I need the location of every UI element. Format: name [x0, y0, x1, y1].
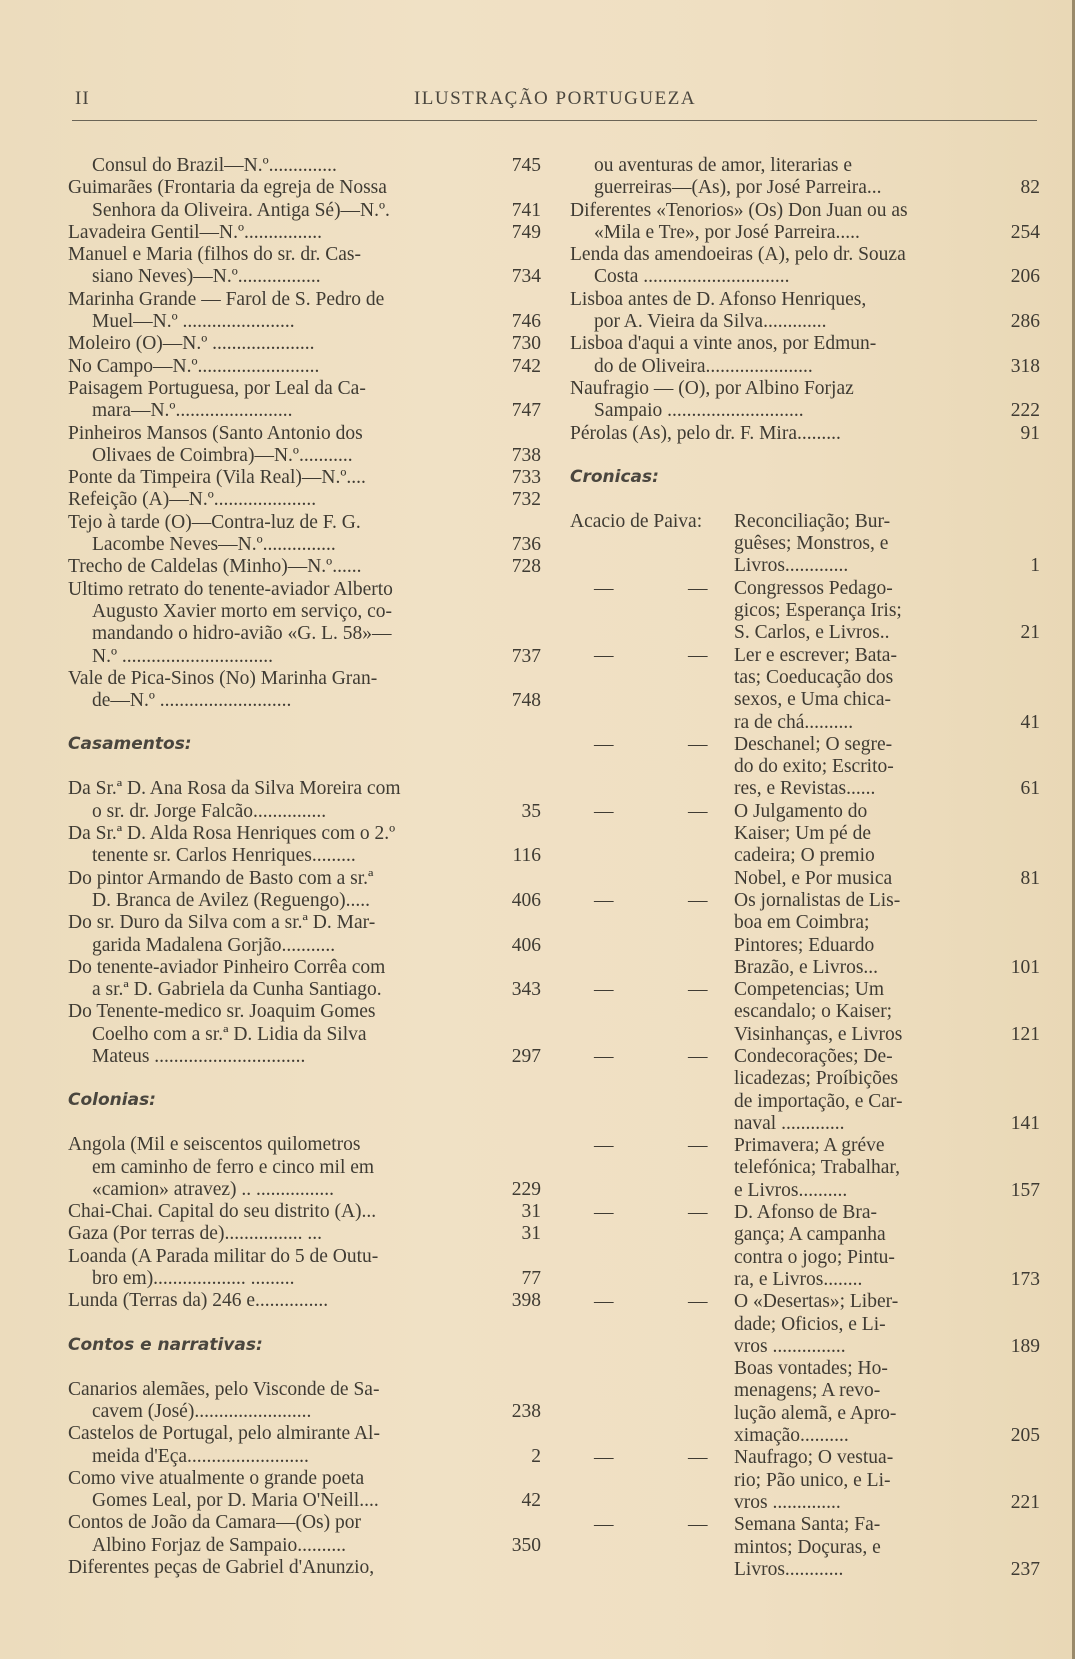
entry-title: No Campo—N.º......................... — [68, 356, 538, 378]
entry-page-number: 41 — [980, 712, 1040, 734]
entry-line: rio; Pão unico, e Li- — [734, 1470, 970, 1492]
entry-page-number: 343 — [481, 979, 541, 1001]
index-entry: Manuel e Maria (filhos do sr. dr. Cas-si… — [68, 244, 538, 289]
entry-line: por A. Vieira da Silva............. — [570, 311, 970, 333]
index-entry: Marinha Grande — Farol de S. Pedro deMue… — [68, 289, 538, 334]
entry-line: Do Tenente-medico sr. Joaquim Gomes — [68, 1001, 468, 1023]
entry-page-number: 737 — [481, 646, 541, 668]
entry-line: Lavadeira Gentil—N.º................ — [68, 222, 468, 244]
entry-line: de—N.º ........................... — [68, 690, 468, 712]
entry-page-number: 205 — [980, 1425, 1040, 1447]
entry-page-number: 736 — [481, 534, 541, 556]
entry-line: «Mila e Tre», por José Parreira..... — [570, 222, 970, 244]
entry-title: Moleiro (O)—N.º ..................... — [68, 333, 538, 355]
entry-page-number: 734 — [481, 266, 541, 288]
ditto-dash: — — [594, 1291, 614, 1313]
entry-title: Guimarães (Frontaria da egreja de NossaS… — [68, 177, 538, 222]
cronica-entry: ——Deschanel; O segre-do do exito; Escrit… — [570, 734, 1040, 801]
entry-page-number: 221 — [980, 1492, 1040, 1514]
entry-page-number: 173 — [980, 1269, 1040, 1291]
right-column: ou aventuras de amor, literarias eguerre… — [570, 155, 1040, 1581]
entry-line: Vale de Pica-Sinos (No) Marinha Gran- — [68, 668, 468, 690]
ditto-dash: — — [594, 801, 614, 823]
index-entry: Da Sr.ª D. Alda Rosa Henriques com o 2.º… — [68, 823, 538, 868]
entry-page-number: 238 — [481, 1401, 541, 1423]
entry-line: siano Neves)—N.º................. — [68, 266, 468, 288]
entry-page-number: 77 — [481, 1268, 541, 1290]
entry-line: Refeição (A)—N.º..................... — [68, 489, 468, 511]
entry-line: Gomes Leal, por D. Maria O'Neill.... — [68, 1490, 468, 1512]
index-entry: Contos de João da Camara—(Os) porAlbino … — [68, 1512, 538, 1557]
entry-line: mintos; Doçuras, e — [734, 1537, 970, 1559]
entry-line: Augusto Xavier morto em serviço, co- — [68, 601, 468, 623]
entry-line: Visinhanças, e Livros — [734, 1024, 970, 1046]
entry-title: Naufragio — (O), por Albino ForjazSampai… — [570, 378, 1040, 423]
entry-title: Paisagem Portuguesa, por Leal da Ca-mara… — [68, 378, 538, 423]
entry-title: Contos de João da Camara—(Os) porAlbino … — [68, 1512, 538, 1557]
entry-line: Castelos de Portugal, pelo almirante Al- — [68, 1423, 468, 1445]
entry-title: Ultimo retrato do tenente-aviador Albert… — [68, 579, 538, 668]
index-entry: Da Sr.ª D. Ana Rosa da Silva Moreira com… — [68, 778, 538, 823]
index-entry: Castelos de Portugal, pelo almirante Al-… — [68, 1423, 538, 1468]
index-entry: Ponte da Timpeira (Vila Real)—N.º....733 — [68, 467, 538, 489]
entry-line: ou aventuras de amor, literarias e — [570, 155, 970, 177]
index-entry: Guimarães (Frontaria da egreja de NossaS… — [68, 177, 538, 222]
entry-title: Trecho de Caldelas (Minho)—N.º...... — [68, 556, 538, 578]
entry-line: o sr. dr. Jorge Falcão............... — [68, 801, 468, 823]
entry-line: Livros............ — [734, 1559, 970, 1581]
index-entry: Lisboa antes de D. Afonso Henriques,por … — [570, 289, 1040, 334]
index-entry: Refeição (A)—N.º.....................732 — [68, 489, 538, 511]
entry-line: Senhora da Oliveira. Antiga Sé)—N.º. — [68, 200, 468, 222]
ditto-dash: — — [688, 1291, 708, 1313]
entry-line: Lisboa antes de D. Afonso Henriques, — [570, 289, 970, 311]
entry-line: Costa .............................. — [570, 266, 970, 288]
entry-line: Muel—N.º ....................... — [68, 311, 468, 333]
entry-page-number: 297 — [481, 1046, 541, 1068]
entry-line: O «Desertas»; Liber- — [734, 1291, 970, 1313]
entry-page-number: 398 — [481, 1290, 541, 1312]
entry-title: Do Tenente-medico sr. Joaquim GomesCoelh… — [68, 1001, 538, 1068]
entry-title: Do pintor Armando de Basto com a sr.ªD. … — [68, 868, 538, 913]
entry-page-number: 318 — [980, 356, 1040, 378]
entry-title: Lavadeira Gentil—N.º................ — [68, 222, 538, 244]
cronica-entry: Boas vontades; Ho-menagens; A revo-lução… — [570, 1358, 1040, 1447]
entry-page-number: 189 — [980, 1336, 1040, 1358]
entry-title: Refeição (A)—N.º..................... — [68, 489, 538, 511]
entry-line: do de Oliveira...................... — [570, 356, 970, 378]
entry-line: Os jornalistas de Lis- — [734, 890, 970, 912]
entry-title: Lisboa antes de D. Afonso Henriques,por … — [570, 289, 1040, 334]
entry-line: dade; Oficios, e Li- — [734, 1314, 970, 1336]
entry-title: Canarios alemães, pelo Visconde de Sa-ca… — [68, 1379, 538, 1424]
entry-line: Loanda (A Parada militar do 5 de Outu- — [68, 1246, 468, 1268]
entry-page-number: 738 — [481, 445, 541, 467]
entry-line: Deschanel; O segre- — [734, 734, 970, 756]
index-entry: Tejo à tarde (O)—Contra-luz de F. G.Laco… — [68, 512, 538, 557]
entry-title: Manuel e Maria (filhos do sr. dr. Cas-si… — [68, 244, 538, 289]
entry-line: Albino Forjaz de Sampaio.......... — [68, 1535, 468, 1557]
entry-line: sexos, e Uma chica- — [734, 689, 970, 711]
entry-line: em caminho de ferro e cinco mil em — [68, 1157, 468, 1179]
entry-line: Diferentes peças de Gabriel d'Anunzio, — [68, 1557, 468, 1579]
entry-title: Chai-Chai. Capital do seu distrito (A)..… — [68, 1201, 538, 1223]
ditto-dash: — — [594, 979, 614, 1001]
cronica-author: Acacio de Paiva: — [570, 511, 730, 533]
entry-line: Lenda das amendoeiras (A), pelo dr. Souz… — [570, 244, 970, 266]
entry-title: Gaza (Por terras de)................ ... — [68, 1223, 538, 1245]
ditto-dash: — — [688, 645, 708, 667]
entry-line: Da Sr.ª D. Alda Rosa Henriques com o 2.º — [68, 823, 468, 845]
entry-title: Loanda (A Parada militar do 5 de Outu-br… — [68, 1246, 538, 1291]
entry-title: Da Sr.ª D. Ana Rosa da Silva Moreira com… — [68, 778, 538, 823]
entry-line: a sr.ª D. Gabriela da Cunha Santiago. — [68, 979, 468, 1001]
entry-line: Angola (Mil e seiscentos quilometros — [68, 1134, 468, 1156]
entry-page-number: 42 — [481, 1490, 541, 1512]
entry-page-number: 741 — [481, 200, 541, 222]
entry-title: Do sr. Duro da Silva com a sr.ª D. Mar-g… — [68, 912, 538, 957]
ditto-dash: — — [594, 1447, 614, 1469]
ditto-dash: — — [688, 890, 708, 912]
entry-line: Guimarães (Frontaria da egreja de Nossa — [68, 177, 468, 199]
index-entry: ou aventuras de amor, literarias eguerre… — [570, 155, 1040, 200]
entry-title: Consul do Brazil—N.º.............. — [68, 155, 538, 177]
ditto-dash: — — [688, 1447, 708, 1469]
entry-line: cavem (José)........................ — [68, 1401, 468, 1423]
entry-title: Ponte da Timpeira (Vila Real)—N.º.... — [68, 467, 538, 489]
cronica-entry: ——Ler e escrever; Bata-tas; Coeducação d… — [570, 645, 1040, 734]
entry-line: No Campo—N.º......................... — [68, 356, 468, 378]
section-heading: Cronicas: — [570, 467, 1040, 487]
entry-line: gança; A campanha — [734, 1224, 970, 1246]
entry-line: garida Madalena Gorjão........... — [68, 935, 468, 957]
entry-line: de importação, e Car- — [734, 1091, 970, 1113]
index-entry: Consul do Brazil—N.º..............745 — [68, 155, 538, 177]
publication-title: ILUSTRAÇÃO PORTUGUEZA — [75, 88, 1035, 110]
entry-line: Lunda (Terras da) 246 e............... — [68, 1290, 468, 1312]
header-rule — [72, 120, 1037, 121]
cronica-entry: ——Semana Santa; Fa-mintos; Doçuras, eLiv… — [570, 1514, 1040, 1581]
entry-line: Chai-Chai. Capital do seu distrito (A)..… — [68, 1201, 468, 1223]
entry-line: Da Sr.ª D. Ana Rosa da Silva Moreira com — [68, 778, 468, 800]
cronica-entry: ——Condecorações; De-licadezas; Proíbiçõe… — [570, 1046, 1040, 1135]
entry-title: Angola (Mil e seiscentos quilometrosem c… — [68, 1134, 538, 1201]
entry-line: tenente sr. Carlos Henriques......... — [68, 845, 468, 867]
index-entry: Lisboa d'aqui a vinte anos, por Edmun-do… — [570, 333, 1040, 378]
cronica-entry: ——Competencias; Umescandalo; o Kaiser;Vi… — [570, 979, 1040, 1046]
index-entry: Pérolas (As), pelo dr. F. Mira.........9… — [570, 423, 1040, 445]
entry-page-number: 286 — [980, 311, 1040, 333]
entry-line: Primavera; A gréve — [734, 1135, 970, 1157]
entry-line: «camion» atravez) .. ................ — [68, 1179, 468, 1201]
entry-title: Pinheiros Mansos (Santo Antonio dosOliva… — [68, 423, 538, 468]
entry-line: Canarios alemães, pelo Visconde de Sa- — [68, 1379, 468, 1401]
index-entry: Do pintor Armando de Basto com a sr.ªD. … — [68, 868, 538, 913]
entry-title: ou aventuras de amor, literarias eguerre… — [570, 155, 1040, 200]
ditto-dash: — — [594, 1046, 614, 1068]
entry-page-number: 350 — [481, 1535, 541, 1557]
entry-line: D. Branca de Avilez (Reguengo)..... — [68, 890, 468, 912]
entry-page-number: 121 — [980, 1024, 1040, 1046]
index-entry: Lenda das amendoeiras (A), pelo dr. Souz… — [570, 244, 1040, 289]
entry-line: Pintores; Eduardo — [734, 935, 970, 957]
ditto-dash: — — [688, 979, 708, 1001]
entry-page-number: 742 — [481, 356, 541, 378]
cronica-entry: ——Naufrago; O vestua-rio; Pão unico, e L… — [570, 1447, 1040, 1514]
entry-line: vros .............. — [734, 1492, 970, 1514]
entry-line: Ler e escrever; Bata- — [734, 645, 970, 667]
index-entry: Diferentes peças de Gabriel d'Anunzio, — [68, 1557, 538, 1579]
entry-line: Manuel e Maria (filhos do sr. dr. Cas- — [68, 244, 468, 266]
index-entry: No Campo—N.º.........................742 — [68, 356, 538, 378]
entry-line: Nobel, e Por musica — [734, 868, 970, 890]
ditto-dash: — — [688, 1202, 708, 1224]
entry-line: Naufrago; O vestua- — [734, 1447, 970, 1469]
entry-line: D. Afonso de Bra- — [734, 1202, 970, 1224]
index-entry: Lavadeira Gentil—N.º................749 — [68, 222, 538, 244]
entry-page-number: 745 — [481, 155, 541, 177]
index-entry: Moleiro (O)—N.º .....................730 — [68, 333, 538, 355]
entry-line: guerreiras—(As), por José Parreira... — [570, 177, 970, 199]
entry-line: menagens; A revo- — [734, 1380, 970, 1402]
entry-line: Consul do Brazil—N.º.............. — [68, 155, 468, 177]
left-column: Consul do Brazil—N.º..............745Gui… — [68, 155, 538, 1579]
entry-line: e Livros.......... — [734, 1180, 970, 1202]
cronica-entry: ——O Julgamento doKaiser; Um pé decadeira… — [570, 801, 1040, 890]
entry-page-number: 747 — [481, 400, 541, 422]
entry-page-number: 101 — [980, 957, 1040, 979]
entry-line: Reconciliação; Bur- — [734, 511, 970, 533]
entry-line: telefónica; Trabalhar, — [734, 1157, 970, 1179]
entry-title: Do tenente-aviador Pinheiro Corrêa coma … — [68, 957, 538, 1002]
entry-line: Paisagem Portuguesa, por Leal da Ca- — [68, 378, 468, 400]
entry-line: escandalo; o Kaiser; — [734, 1001, 970, 1023]
entry-line: tas; Coeducação dos — [734, 667, 970, 689]
entry-line: Brazão, e Livros... — [734, 957, 970, 979]
entry-title: Tejo à tarde (O)—Contra-luz de F. G.Laco… — [68, 512, 538, 557]
index-entry: Diferentes «Tenorios» (Os) Don Juan ou a… — [570, 200, 1040, 245]
entry-line: res, e Revistas...... — [734, 778, 970, 800]
entry-line: Coelho com a sr.ª D. Lidia da Silva — [68, 1024, 468, 1046]
entry-title: Marinha Grande — Farol de S. Pedro deMue… — [68, 289, 538, 334]
entry-line: Livros............. — [734, 555, 970, 577]
entry-line: Contos de João da Camara—(Os) por — [68, 1512, 468, 1534]
entry-line: Lisboa d'aqui a vinte anos, por Edmun- — [570, 333, 970, 355]
ditto-dash: — — [594, 1514, 614, 1536]
entry-page-number: 1 — [980, 555, 1040, 577]
entry-line: Do pintor Armando de Basto com a sr.ª — [68, 868, 468, 890]
entry-page-number: 746 — [481, 311, 541, 333]
entry-page-number: 206 — [980, 266, 1040, 288]
entry-line: ra, e Livros........ — [734, 1269, 970, 1291]
entry-line: Mateus ............................... — [68, 1046, 468, 1068]
index-entry: Loanda (A Parada militar do 5 de Outu-br… — [68, 1246, 538, 1291]
index-entry: Lunda (Terras da) 246 e...............39… — [68, 1290, 538, 1312]
entry-page-number: 254 — [980, 222, 1040, 244]
entry-page-number: 237 — [980, 1559, 1040, 1581]
ditto-dash: — — [688, 801, 708, 823]
entry-title: Diferentes «Tenorios» (Os) Don Juan ou a… — [570, 200, 1040, 245]
entry-line: boa em Coimbra; — [734, 912, 970, 934]
entry-line: Olivaes de Coimbra)—N.º........... — [68, 445, 468, 467]
entry-title: Pérolas (As), pelo dr. F. Mira......... — [570, 423, 1040, 445]
ditto-dash: — — [594, 1135, 614, 1157]
entry-line: Lacombe Neves—N.º............... — [68, 534, 468, 556]
entry-page-number: 406 — [481, 890, 541, 912]
entry-line: do do exito; Escrito- — [734, 756, 970, 778]
entry-line: Ponte da Timpeira (Vila Real)—N.º.... — [68, 467, 468, 489]
entry-line: naval ............. — [734, 1113, 970, 1135]
entry-line: ra de chá.......... — [734, 712, 970, 734]
entry-page-number: 749 — [481, 222, 541, 244]
entry-line: Kaiser; Um pé de — [734, 823, 970, 845]
index-entry: Naufragio — (O), por Albino ForjazSampai… — [570, 378, 1040, 423]
ditto-dash: — — [594, 734, 614, 756]
entry-page-number: 21 — [980, 622, 1040, 644]
entry-line: Como vive atualmente o grande poeta — [68, 1468, 468, 1490]
ditto-dash: — — [688, 1046, 708, 1068]
entry-page-number: 728 — [481, 556, 541, 578]
section-heading: Casamentos: — [68, 734, 538, 754]
entry-line: Diferentes «Tenorios» (Os) Don Juan ou a… — [570, 200, 970, 222]
entry-page-number: 748 — [481, 690, 541, 712]
entry-title: Lisboa d'aqui a vinte anos, por Edmun-do… — [570, 333, 1040, 378]
cronica-entry: ——Congressos Pedago-gicos; Esperança Iri… — [570, 578, 1040, 645]
cronica-entry: ——O «Desertas»; Liber-dade; Oficios, e L… — [570, 1291, 1040, 1358]
entry-title: Como vive atualmente o grande poetaGomes… — [68, 1468, 538, 1513]
entry-line: guêses; Monstros, e — [734, 533, 970, 555]
index-entry: Ultimo retrato do tenente-aviador Albert… — [68, 579, 538, 668]
entry-title: Diferentes peças de Gabriel d'Anunzio, — [68, 1557, 538, 1579]
entry-page-number: 229 — [481, 1179, 541, 1201]
entry-line: gicos; Esperança Iris; — [734, 600, 970, 622]
entry-page-number: 406 — [481, 935, 541, 957]
entry-page-number: 2 — [481, 1446, 541, 1468]
section-heading: Colonias: — [68, 1090, 538, 1110]
entry-page-number: 732 — [481, 489, 541, 511]
entry-line: Condecorações; De- — [734, 1046, 970, 1068]
entry-line: Semana Santa; Fa- — [734, 1514, 970, 1536]
ditto-dash: — — [688, 1135, 708, 1157]
index-entry: Gaza (Por terras de)................ ...… — [68, 1223, 538, 1245]
entry-line: Moleiro (O)—N.º ..................... — [68, 333, 468, 355]
entry-line: mara—N.º........................ — [68, 400, 468, 422]
entry-line: cadeira; O premio — [734, 845, 970, 867]
entry-page-number: 61 — [980, 778, 1040, 800]
entry-page-number: 222 — [980, 400, 1040, 422]
entry-line: Naufragio — (O), por Albino Forjaz — [570, 378, 970, 400]
entry-line: Gaza (Por terras de)................ ... — [68, 1223, 468, 1245]
entry-line: Tejo à tarde (O)—Contra-luz de F. G. — [68, 512, 468, 534]
entry-line: Trecho de Caldelas (Minho)—N.º...... — [68, 556, 468, 578]
index-entry: Do tenente-aviador Pinheiro Corrêa coma … — [68, 957, 538, 1002]
entry-line: Boas vontades; Ho- — [734, 1358, 970, 1380]
entry-line: N.º ............................... — [68, 646, 468, 668]
entry-line: Do tenente-aviador Pinheiro Corrêa com — [68, 957, 468, 979]
entry-title: Vale de Pica-Sinos (No) Marinha Gran-de—… — [68, 668, 538, 713]
entry-page-number: 82 — [980, 177, 1040, 199]
cronica-entry: ——Os jornalistas de Lis-boa em Coimbra;P… — [570, 890, 1040, 979]
entry-line: Congressos Pedago- — [734, 578, 970, 600]
index-entry: Pinheiros Mansos (Santo Antonio dosOliva… — [68, 423, 538, 468]
ditto-dash: — — [594, 890, 614, 912]
entry-line: mandando o hidro-avião «G. L. 58»— — [68, 623, 468, 645]
ditto-dash: — — [688, 1514, 708, 1536]
index-entry: Vale de Pica-Sinos (No) Marinha Gran-de—… — [68, 668, 538, 713]
entry-line: Marinha Grande — Farol de S. Pedro de — [68, 289, 468, 311]
cronica-entry: ——D. Afonso de Bra-gança; A campanhacont… — [570, 1202, 1040, 1291]
entry-page-number: 31 — [481, 1223, 541, 1245]
entry-title: Da Sr.ª D. Alda Rosa Henriques com o 2.º… — [68, 823, 538, 868]
entry-page-number: 733 — [481, 467, 541, 489]
index-entry: Como vive atualmente o grande poetaGomes… — [68, 1468, 538, 1513]
index-entry: Angola (Mil e seiscentos quilometrosem c… — [68, 1134, 538, 1201]
entry-line: O Julgamento do — [734, 801, 970, 823]
ditto-dash: — — [688, 734, 708, 756]
entry-line: licadezas; Proíbições — [734, 1068, 970, 1090]
entry-line: Ultimo retrato do tenente-aviador Albert… — [68, 579, 468, 601]
entry-line: meida d'Eça......................... — [68, 1446, 468, 1468]
ditto-dash: — — [594, 578, 614, 600]
ditto-dash: — — [594, 1202, 614, 1224]
entry-line: Competencias; Um — [734, 979, 970, 1001]
index-entry: Trecho de Caldelas (Minho)—N.º......728 — [68, 556, 538, 578]
entry-line: vros ............... — [734, 1336, 970, 1358]
index-entry: Chai-Chai. Capital do seu distrito (A)..… — [68, 1201, 538, 1223]
entry-line: ximação.......... — [734, 1425, 970, 1447]
entry-page-number: 35 — [481, 801, 541, 823]
index-entry: Do sr. Duro da Silva com a sr.ª D. Mar-g… — [68, 912, 538, 957]
entry-page-number: 141 — [980, 1113, 1040, 1135]
page-header: II ILUSTRAÇÃO PORTUGUEZA — [75, 88, 1035, 116]
cronica-entry: Acacio de Paiva:Reconciliação; Bur-guêse… — [570, 511, 1040, 578]
entry-line: Do sr. Duro da Silva com a sr.ª D. Mar- — [68, 912, 468, 934]
index-entry: Canarios alemães, pelo Visconde de Sa-ca… — [68, 1379, 538, 1424]
entry-line: lução alemã, e Apro- — [734, 1403, 970, 1425]
index-entry: Paisagem Portuguesa, por Leal da Ca-mara… — [68, 378, 538, 423]
entry-page-number: 31 — [481, 1201, 541, 1223]
entry-line: bro em)................... ......... — [68, 1268, 468, 1290]
entry-title: Castelos de Portugal, pelo almirante Al-… — [68, 1423, 538, 1468]
entry-page-number: 81 — [980, 868, 1040, 890]
entry-title: Lunda (Terras da) 246 e............... — [68, 1290, 538, 1312]
entry-line: contra o jogo; Pintu- — [734, 1247, 970, 1269]
entry-line: S. Carlos, e Livros.. — [734, 622, 970, 644]
entry-line: Pérolas (As), pelo dr. F. Mira......... — [570, 423, 970, 445]
entry-page-number: 116 — [481, 845, 541, 867]
index-entry: Do Tenente-medico sr. Joaquim GomesCoelh… — [68, 1001, 538, 1068]
entry-page-number: 91 — [980, 423, 1040, 445]
ditto-dash: — — [688, 578, 708, 600]
entry-line: Pinheiros Mansos (Santo Antonio dos — [68, 423, 468, 445]
entry-page-number: 730 — [481, 333, 541, 355]
section-heading: Contos e narrativas: — [68, 1335, 538, 1355]
entry-page-number: 157 — [980, 1180, 1040, 1202]
entry-title: Lenda das amendoeiras (A), pelo dr. Souz… — [570, 244, 1040, 289]
cronica-entry: ——Primavera; A grévetelefónica; Trabalha… — [570, 1135, 1040, 1202]
entry-line: Sampaio ............................ — [570, 400, 970, 422]
ditto-dash: — — [594, 645, 614, 667]
